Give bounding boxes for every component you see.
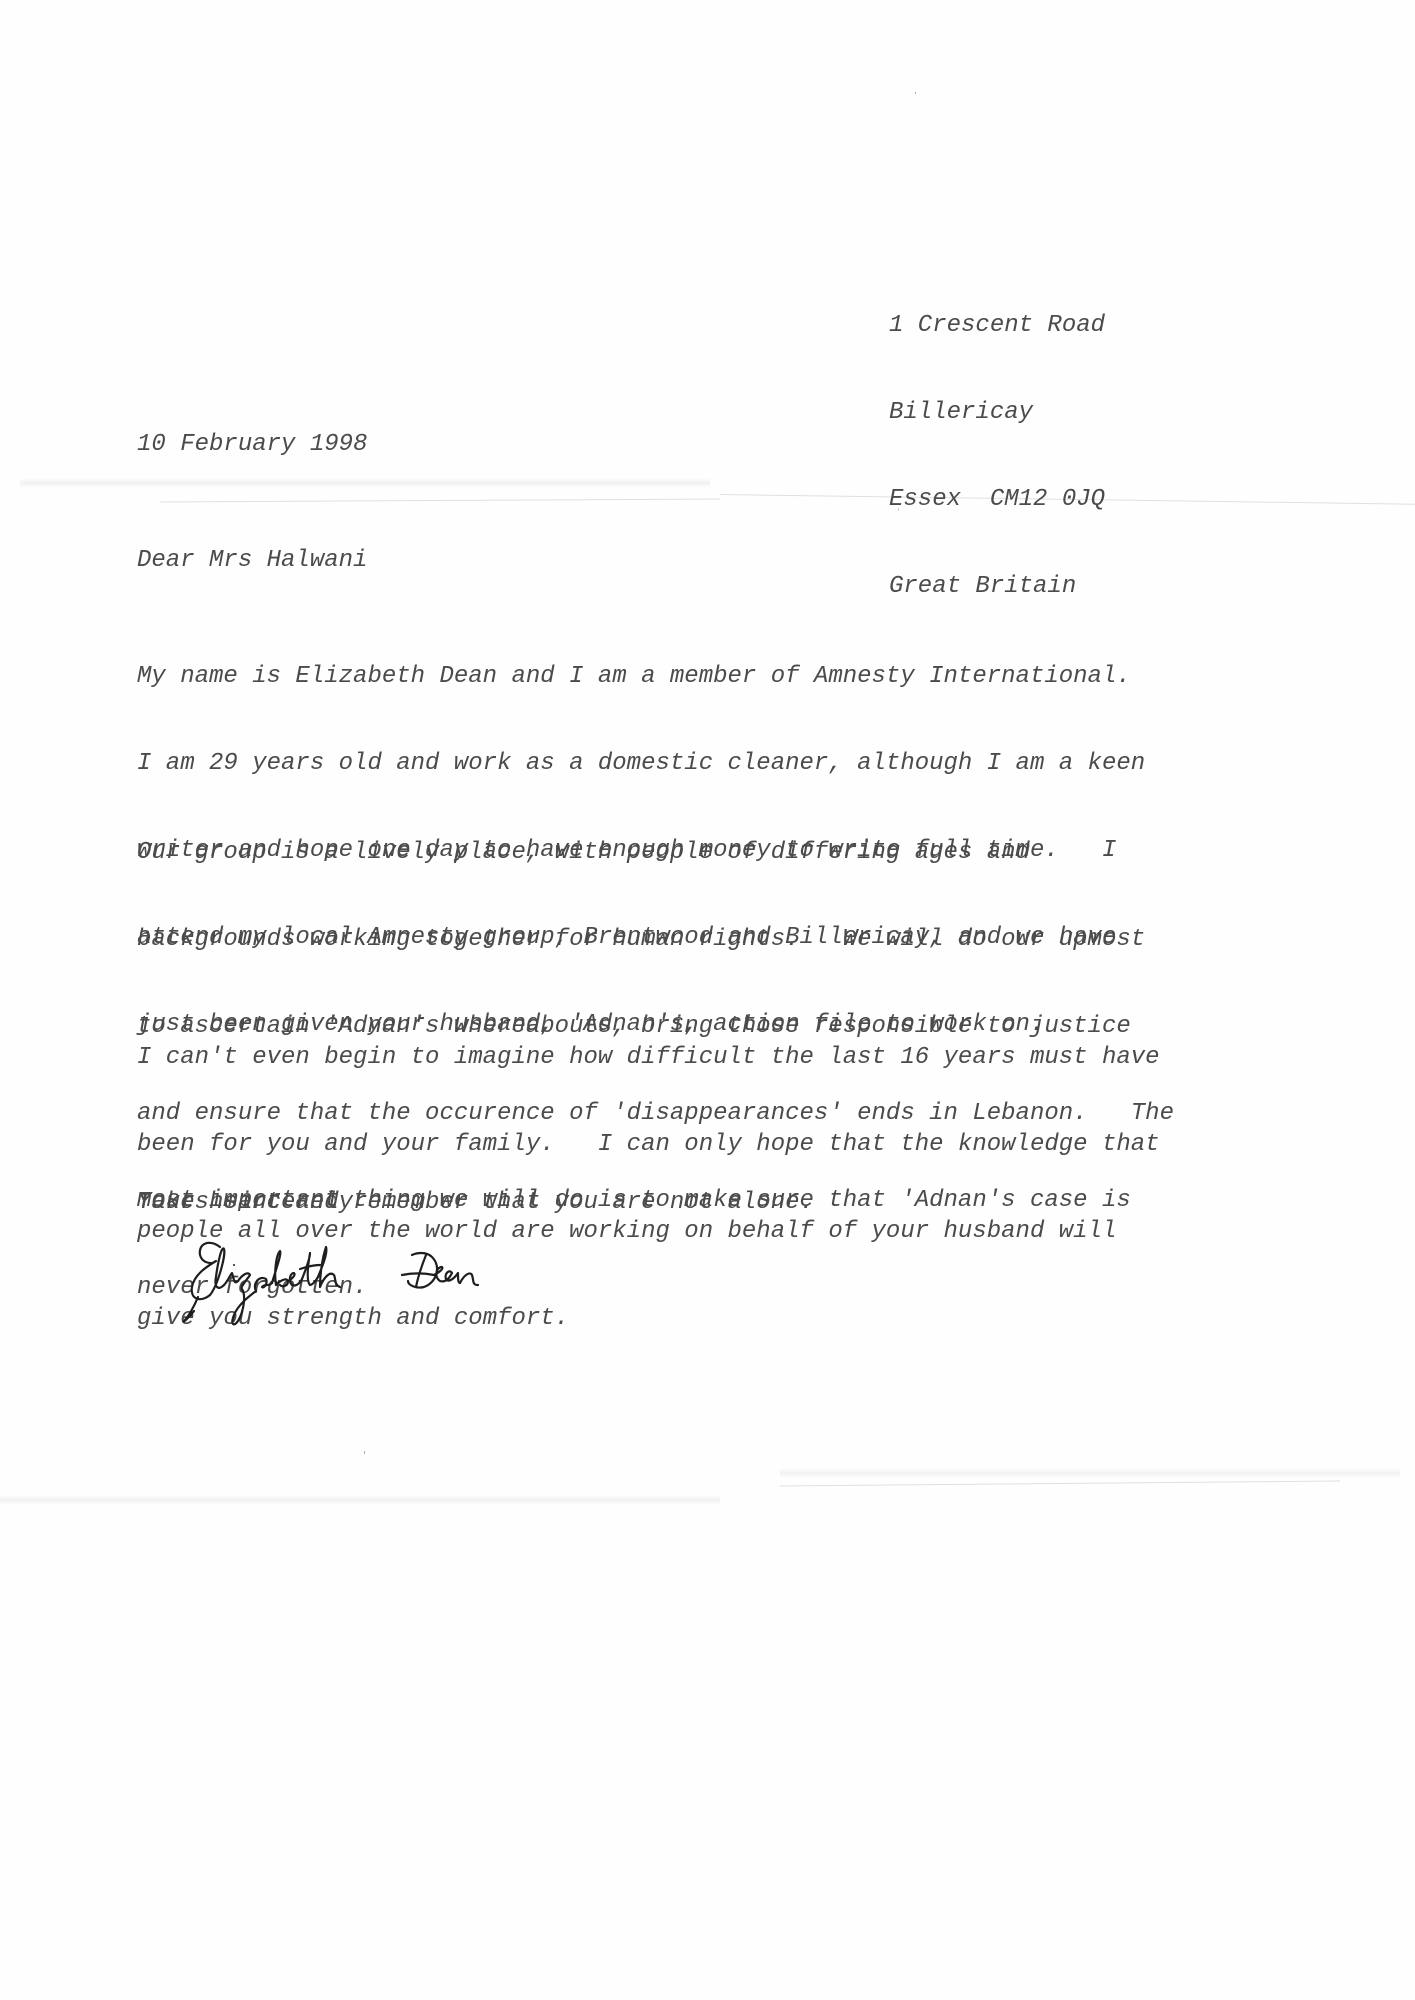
closing: Yours sincerely: [137, 1188, 353, 1217]
text-line: Our group is a lively place, with people…: [137, 838, 1174, 867]
scan-speck: [915, 92, 916, 94]
fold-shadow: [780, 1468, 1400, 1478]
fold-shadow: [20, 478, 710, 488]
text-line: backgrounds working together for human r…: [137, 925, 1174, 954]
salutation: Dear Mrs Halwani: [137, 546, 367, 575]
sender-address: 1 Crescent Road Billericay Essex CM12 0J…: [889, 253, 1105, 659]
fold-line: [780, 1481, 1340, 1487]
text-line: My name is Elizabeth Dean and I am a mem…: [137, 662, 1145, 691]
address-line: 1 Crescent Road: [889, 311, 1105, 340]
text-line: I am 29 years old and work as a domestic…: [137, 749, 1145, 778]
address-line: Billericay: [889, 398, 1105, 427]
scan-speck: [364, 1451, 365, 1454]
address-line: Essex CM12 0JQ: [889, 485, 1105, 514]
fold-shadow: [0, 1495, 720, 1505]
address-line: Great Britain: [889, 572, 1105, 601]
handwritten-signature: Elizabeth Dean: [180, 1225, 550, 1335]
signature-drawing: [180, 1225, 550, 1335]
letter-page: 1 Crescent Road Billericay Essex CM12 0J…: [0, 0, 1415, 2000]
letter-date: 10 February 1998: [137, 430, 367, 459]
fold-line: [160, 499, 720, 503]
text-line: I can't even begin to imagine how diffic…: [137, 1043, 1160, 1072]
